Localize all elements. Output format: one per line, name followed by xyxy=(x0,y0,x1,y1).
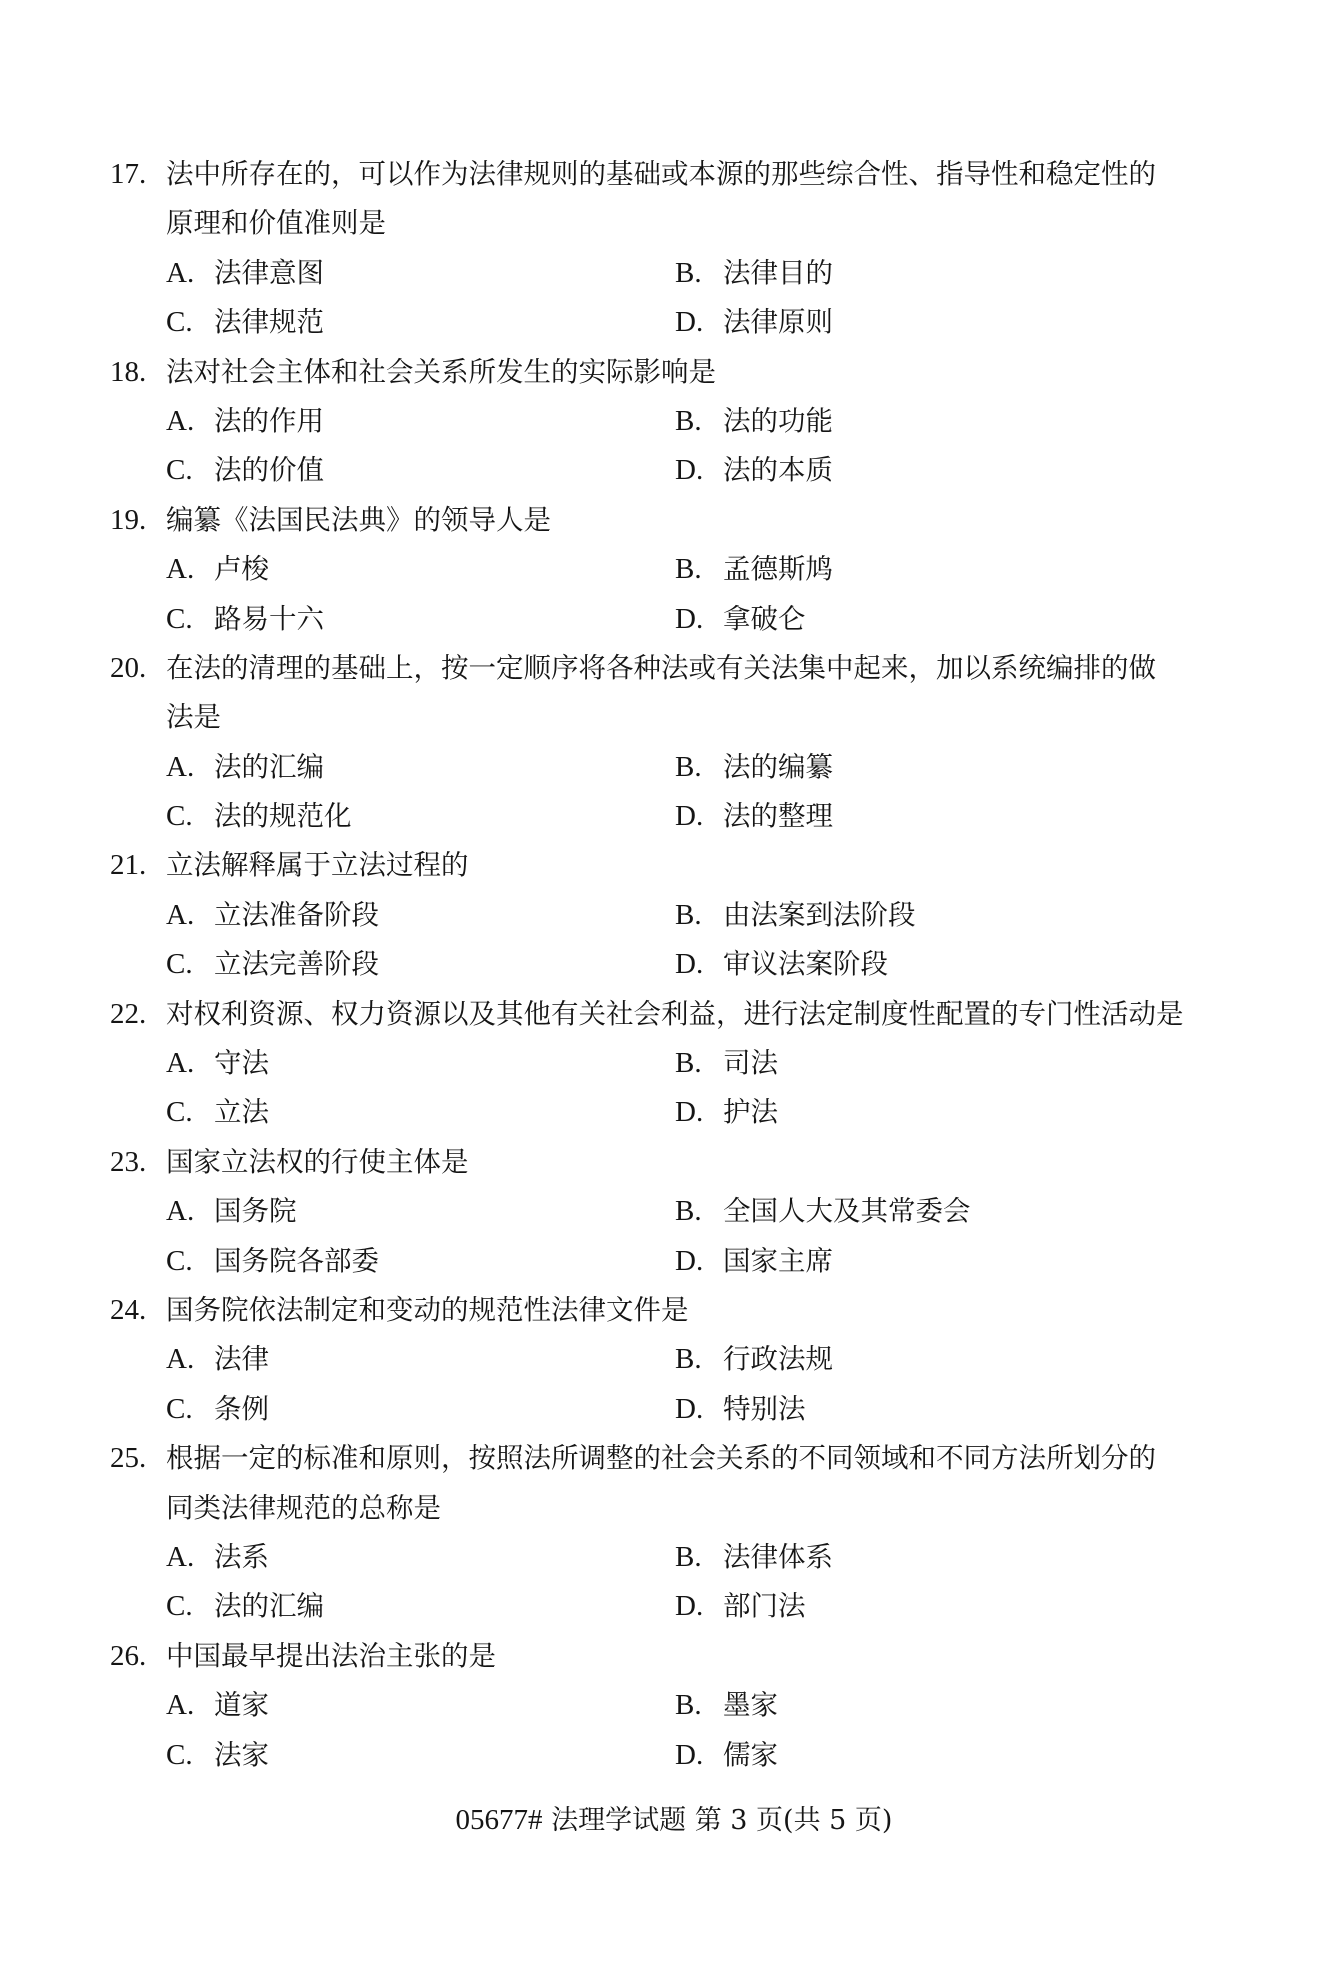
exam-page: 17. 法中所存在的，可以作为法律规则的基础或本源的那些综合性、指导性和稳定性的… xyxy=(0,0,1326,1977)
option-a[interactable]: A.法的作用 xyxy=(166,397,324,446)
option-label: B. xyxy=(675,545,723,594)
option-text: 条例 xyxy=(214,1385,269,1434)
option-label: C. xyxy=(166,1582,214,1631)
question-number: 18. xyxy=(110,348,166,397)
option-c[interactable]: C.立法完善阶段 xyxy=(166,940,379,989)
option-a[interactable]: A.道家 xyxy=(166,1681,269,1730)
question-20: 20. 在法的清理的基础上，按一定顺序将各种法或有关法集中起来，加以系统编排的做… xyxy=(110,644,1200,842)
option-text: 法的汇编 xyxy=(214,1582,324,1631)
option-b[interactable]: B.司法 xyxy=(675,1039,778,1088)
option-d[interactable]: D.儒家 xyxy=(675,1731,778,1780)
question-22: 22. 对权利资源、权力资源以及其他有关社会利益，进行法定制度性配置的专门性活动… xyxy=(110,990,1200,1138)
option-c[interactable]: C.路易十六 xyxy=(166,595,324,644)
subject-code: 05677# xyxy=(456,1804,543,1836)
option-row: A.道家 B.墨家 xyxy=(110,1681,1200,1730)
option-text: 道家 xyxy=(214,1681,269,1730)
question-number: 22. xyxy=(110,990,166,1039)
option-row: A.国务院 B.全国人大及其常委会 xyxy=(110,1187,1200,1236)
option-c[interactable]: C.法家 xyxy=(166,1731,269,1780)
option-label: C. xyxy=(166,1088,214,1137)
option-label: B. xyxy=(675,1533,723,1582)
option-d[interactable]: D.法的整理 xyxy=(675,792,833,841)
option-row: A.卢梭 B.孟德斯鸠 xyxy=(110,545,1200,594)
option-text: 部门法 xyxy=(723,1582,806,1631)
option-text: 卢梭 xyxy=(214,545,269,594)
option-b[interactable]: B.全国人大及其常委会 xyxy=(675,1187,971,1236)
option-label: B. xyxy=(675,891,723,940)
option-row: C.条例 D.特别法 xyxy=(110,1385,1200,1434)
option-text: 特别法 xyxy=(723,1385,806,1434)
question-19: 19. 编纂《法国民法典》的领导人是 A.卢梭 B.孟德斯鸠 C.路易十六 D.… xyxy=(110,496,1200,644)
option-label: C. xyxy=(166,446,214,495)
option-row: A.守法 B.司法 xyxy=(110,1039,1200,1088)
option-a[interactable]: A.法的汇编 xyxy=(166,743,324,792)
option-text: 立法准备阶段 xyxy=(214,891,379,940)
option-text: 孟德斯鸠 xyxy=(723,545,833,594)
question-stem-line: 原理和价值准则是 xyxy=(110,199,1200,248)
option-text: 法的规范化 xyxy=(214,792,352,841)
option-text: 法律规范 xyxy=(214,298,324,347)
option-b[interactable]: B.行政法规 xyxy=(675,1335,833,1384)
question-stem-line: 法是 xyxy=(110,693,1200,742)
option-text: 法系 xyxy=(214,1533,269,1582)
option-label: B. xyxy=(675,249,723,298)
option-label: D. xyxy=(675,1582,723,1631)
question-26: 26. 中国最早提出法治主张的是 A.道家 B.墨家 C.法家 D.儒家 xyxy=(110,1632,1200,1780)
option-row: C.立法 D.护法 xyxy=(110,1088,1200,1137)
question-24: 24. 国务院依法制定和变动的规范性法律文件是 A.法律 B.行政法规 C.条例… xyxy=(110,1286,1200,1434)
option-text: 法的功能 xyxy=(723,397,833,446)
question-number: 19. xyxy=(110,496,166,545)
option-text: 法的本质 xyxy=(723,446,833,495)
option-b[interactable]: B.孟德斯鸠 xyxy=(675,545,833,594)
option-d[interactable]: D.法的本质 xyxy=(675,446,833,495)
option-text: 护法 xyxy=(723,1088,778,1137)
option-label: B. xyxy=(675,743,723,792)
option-label: B. xyxy=(675,397,723,446)
question-stem-line: 24. 国务院依法制定和变动的规范性法律文件是 xyxy=(110,1286,1200,1335)
option-label: D. xyxy=(675,446,723,495)
option-label: C. xyxy=(166,1731,214,1780)
option-text: 儒家 xyxy=(723,1731,778,1780)
option-label: C. xyxy=(166,298,214,347)
option-text: 法的汇编 xyxy=(214,743,324,792)
option-label: D. xyxy=(675,595,723,644)
option-a[interactable]: A.立法准备阶段 xyxy=(166,891,379,940)
question-stem-line: 25. 根据一定的标准和原则，按照法所调整的社会关系的不同领域和不同方法所划分的 xyxy=(110,1434,1200,1483)
option-row: C.法的规范化 D.法的整理 xyxy=(110,792,1200,841)
question-stem-line: 18. 法对社会主体和社会关系所发生的实际影响是 xyxy=(110,348,1200,397)
option-row: C.法的汇编 D.部门法 xyxy=(110,1582,1200,1631)
option-c[interactable]: C.法的价值 xyxy=(166,446,324,495)
option-label: A. xyxy=(166,1533,214,1582)
question-25: 25. 根据一定的标准和原则，按照法所调整的社会关系的不同领域和不同方法所划分的… xyxy=(110,1434,1200,1632)
option-b[interactable]: B.法的编纂 xyxy=(675,743,833,792)
option-c[interactable]: C.立法 xyxy=(166,1088,269,1137)
option-b[interactable]: B.法律体系 xyxy=(675,1533,833,1582)
option-label: C. xyxy=(166,792,214,841)
option-text: 法家 xyxy=(214,1731,269,1780)
option-c[interactable]: C.条例 xyxy=(166,1385,269,1434)
option-label: A. xyxy=(166,249,214,298)
question-number: 25. xyxy=(110,1434,166,1483)
question-number: 26. xyxy=(110,1632,166,1681)
option-text: 法的编纂 xyxy=(723,743,833,792)
question-number: 23. xyxy=(110,1138,166,1187)
option-text: 立法 xyxy=(214,1088,269,1137)
option-row: A.法律 B.行政法规 xyxy=(110,1335,1200,1384)
option-row: C.国务院各部委 D.国家主席 xyxy=(110,1237,1200,1286)
option-label: D. xyxy=(675,1731,723,1780)
option-row: A.法系 B.法律体系 xyxy=(110,1533,1200,1582)
exam-title: 法理学试题 xyxy=(551,1805,686,1836)
option-label: C. xyxy=(166,1385,214,1434)
option-label: B. xyxy=(675,1335,723,1384)
option-d[interactable]: D.部门法 xyxy=(675,1582,806,1631)
question-stem-line: 20. 在法的清理的基础上，按一定顺序将各种法或有关法集中起来，加以系统编排的做 xyxy=(110,644,1200,693)
option-label: A. xyxy=(166,1187,214,1236)
question-text: 立法解释属于立法过程的 xyxy=(166,841,469,890)
option-label: D. xyxy=(675,1385,723,1434)
option-text: 法的作用 xyxy=(214,397,324,446)
question-stem-line: 22. 对权利资源、权力资源以及其他有关社会利益，进行法定制度性配置的专门性活动… xyxy=(110,990,1200,1039)
option-label: D. xyxy=(675,792,723,841)
option-row: C.法家 D.儒家 xyxy=(110,1731,1200,1780)
question-stem-line: 同类法律规范的总称是 xyxy=(110,1484,1200,1533)
option-c[interactable]: C.法律规范 xyxy=(166,298,324,347)
question-23: 23. 国家立法权的行使主体是 A.国务院 B.全国人大及其常委会 C.国务院各… xyxy=(110,1138,1200,1286)
option-text: 法律意图 xyxy=(214,249,324,298)
option-d[interactable]: D.审议法案阶段 xyxy=(675,940,888,989)
option-d[interactable]: D.拿破仑 xyxy=(675,595,806,644)
question-text: 在法的清理的基础上，按一定顺序将各种法或有关法集中起来，加以系统编排的做 xyxy=(166,644,1156,693)
option-text: 法的价值 xyxy=(214,446,324,495)
option-text: 由法案到法阶段 xyxy=(723,891,916,940)
option-a[interactable]: A.法律意图 xyxy=(166,249,324,298)
option-label: D. xyxy=(675,1088,723,1137)
option-row: A.法律意图 B.法律目的 xyxy=(110,249,1200,298)
option-label: A. xyxy=(166,891,214,940)
option-b[interactable]: B.法的功能 xyxy=(675,397,833,446)
option-text: 国务院各部委 xyxy=(214,1237,379,1286)
option-d[interactable]: D.特别法 xyxy=(675,1385,806,1434)
option-label: C. xyxy=(166,940,214,989)
question-number: 21. xyxy=(110,841,166,890)
option-label: A. xyxy=(166,545,214,594)
question-number: 17. xyxy=(110,150,166,199)
question-list: 17. 法中所存在的，可以作为法律规则的基础或本源的那些综合性、指导性和稳定性的… xyxy=(110,150,1200,1780)
option-label: A. xyxy=(166,1039,214,1088)
option-row: C.路易十六 D.拿破仑 xyxy=(110,595,1200,644)
option-label: A. xyxy=(166,1335,214,1384)
option-text: 审议法案阶段 xyxy=(723,940,888,989)
option-label: D. xyxy=(675,1237,723,1286)
question-text: 国家立法权的行使主体是 xyxy=(166,1138,469,1187)
question-stem-line: 26. 中国最早提出法治主张的是 xyxy=(110,1632,1200,1681)
option-text: 法律 xyxy=(214,1335,269,1384)
option-d[interactable]: D.护法 xyxy=(675,1088,778,1137)
option-text: 国务院 xyxy=(214,1187,297,1236)
question-text: 法中所存在的，可以作为法律规则的基础或本源的那些综合性、指导性和稳定性的 xyxy=(166,150,1156,199)
option-text: 法律目的 xyxy=(723,249,833,298)
option-text: 全国人大及其常委会 xyxy=(723,1187,971,1236)
question-stem-line: 17. 法中所存在的，可以作为法律规则的基础或本源的那些综合性、指导性和稳定性的 xyxy=(110,150,1200,199)
question-21: 21. 立法解释属于立法过程的 A.立法准备阶段 B.由法案到法阶段 C.立法完… xyxy=(110,841,1200,989)
option-text: 国家主席 xyxy=(723,1237,833,1286)
option-text: 法律体系 xyxy=(723,1533,833,1582)
question-18: 18. 法对社会主体和社会关系所发生的实际影响是 A.法的作用 B.法的功能 C… xyxy=(110,348,1200,496)
option-a[interactable]: A.法系 xyxy=(166,1533,269,1582)
question-stem-line: 19. 编纂《法国民法典》的领导人是 xyxy=(110,496,1200,545)
question-number: 20. xyxy=(110,644,166,693)
option-label: A. xyxy=(166,1681,214,1730)
question-text: 根据一定的标准和原则，按照法所调整的社会关系的不同领域和不同方法所划分的 xyxy=(166,1434,1156,1483)
option-c[interactable]: C.国务院各部委 xyxy=(166,1237,379,1286)
option-b[interactable]: B.墨家 xyxy=(675,1681,778,1730)
question-text: 法是 xyxy=(166,693,221,742)
option-a[interactable]: A.法律 xyxy=(166,1335,269,1384)
option-text: 法的整理 xyxy=(723,792,833,841)
question-text: 法对社会主体和社会关系所发生的实际影响是 xyxy=(166,348,716,397)
option-text: 墨家 xyxy=(723,1681,778,1730)
question-text: 原理和价值准则是 xyxy=(166,199,386,248)
option-a[interactable]: A.守法 xyxy=(166,1039,269,1088)
option-row: C.法律规范 D.法律原则 xyxy=(110,298,1200,347)
option-d[interactable]: D.国家主席 xyxy=(675,1237,833,1286)
option-text: 拿破仑 xyxy=(723,595,806,644)
question-17: 17. 法中所存在的，可以作为法律规则的基础或本源的那些综合性、指导性和稳定性的… xyxy=(110,150,1200,348)
question-text: 国务院依法制定和变动的规范性法律文件是 xyxy=(166,1286,689,1335)
question-text: 编纂《法国民法典》的领导人是 xyxy=(166,496,551,545)
question-stem-line: 23. 国家立法权的行使主体是 xyxy=(110,1138,1200,1187)
option-label: C. xyxy=(166,595,214,644)
option-row: C.法的价值 D.法的本质 xyxy=(110,446,1200,495)
option-label: D. xyxy=(675,940,723,989)
question-text: 中国最早提出法治主张的是 xyxy=(166,1632,496,1681)
question-stem-line: 21. 立法解释属于立法过程的 xyxy=(110,841,1200,890)
option-label: B. xyxy=(675,1681,723,1730)
option-d[interactable]: D.法律原则 xyxy=(675,298,833,347)
option-row: A.法的汇编 B.法的编纂 xyxy=(110,743,1200,792)
option-text: 司法 xyxy=(723,1039,778,1088)
option-row: C.立法完善阶段 D.审议法案阶段 xyxy=(110,940,1200,989)
option-label: D. xyxy=(675,298,723,347)
option-row: A.法的作用 B.法的功能 xyxy=(110,397,1200,446)
option-text: 法律原则 xyxy=(723,298,833,347)
option-text: 守法 xyxy=(214,1039,269,1088)
option-a[interactable]: A.国务院 xyxy=(166,1187,297,1236)
option-label: A. xyxy=(166,397,214,446)
option-b[interactable]: B.法律目的 xyxy=(675,249,833,298)
option-label: B. xyxy=(675,1039,723,1088)
option-a[interactable]: A.卢梭 xyxy=(166,545,269,594)
question-number: 24. xyxy=(110,1286,166,1335)
option-text: 行政法规 xyxy=(723,1335,833,1384)
page-footer: 05677# 法理学试题 第 3 页(共 5 页) xyxy=(0,1800,1326,1841)
question-text: 同类法律规范的总称是 xyxy=(166,1484,441,1533)
page-number: 第 3 页(共 5 页) xyxy=(695,1805,893,1836)
option-row: A.立法准备阶段 B.由法案到法阶段 xyxy=(110,891,1200,940)
option-text: 立法完善阶段 xyxy=(214,940,379,989)
option-text: 路易十六 xyxy=(214,595,324,644)
question-text: 对权利资源、权力资源以及其他有关社会利益，进行法定制度性配置的专门性活动是 xyxy=(166,990,1184,1039)
option-label: B. xyxy=(675,1187,723,1236)
option-label: A. xyxy=(166,743,214,792)
option-b[interactable]: B.由法案到法阶段 xyxy=(675,891,916,940)
option-label: C. xyxy=(166,1237,214,1286)
option-c[interactable]: C.法的规范化 xyxy=(166,792,352,841)
option-c[interactable]: C.法的汇编 xyxy=(166,1582,324,1631)
